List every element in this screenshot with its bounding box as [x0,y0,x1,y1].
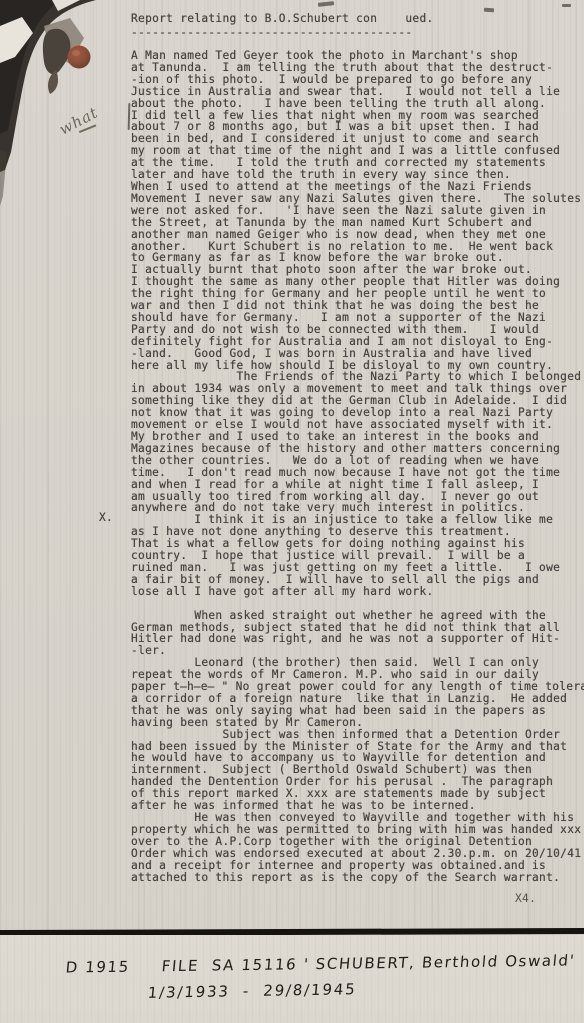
seal-stain-highlight [72,50,80,56]
edge-smudge [0,150,7,206]
page-number-x4: X4. [515,892,536,905]
margin-x-mark: X. [99,511,113,524]
report-title: Report relating to B.O.Schubert con ued. [131,12,584,25]
typewritten-report: Report relating to B.O.Schubert con ued.… [131,12,584,883]
caption-file-label: D 1915 FILE SA 15116 ' SCHUBERT, Berthol… [65,951,576,976]
report-page: what Report relating to B.O.Schubert con… [0,0,584,1023]
edge-speck [562,4,571,7]
blob-tail [48,70,58,94]
report-body-text: A Man named Ted Geyer took the photo in … [131,50,584,883]
caption-date-range: 1/3/1933 - 29/8/1945 [147,980,357,1002]
archive-caption-strip: D 1915 FILE SA 15116 ' SCHUBERT, Berthol… [0,935,584,1023]
dark-blob [43,29,71,74]
edge-speck [318,1,334,7]
title-underline: ---------------------------------------- [131,26,584,39]
seal-stain [68,46,91,69]
